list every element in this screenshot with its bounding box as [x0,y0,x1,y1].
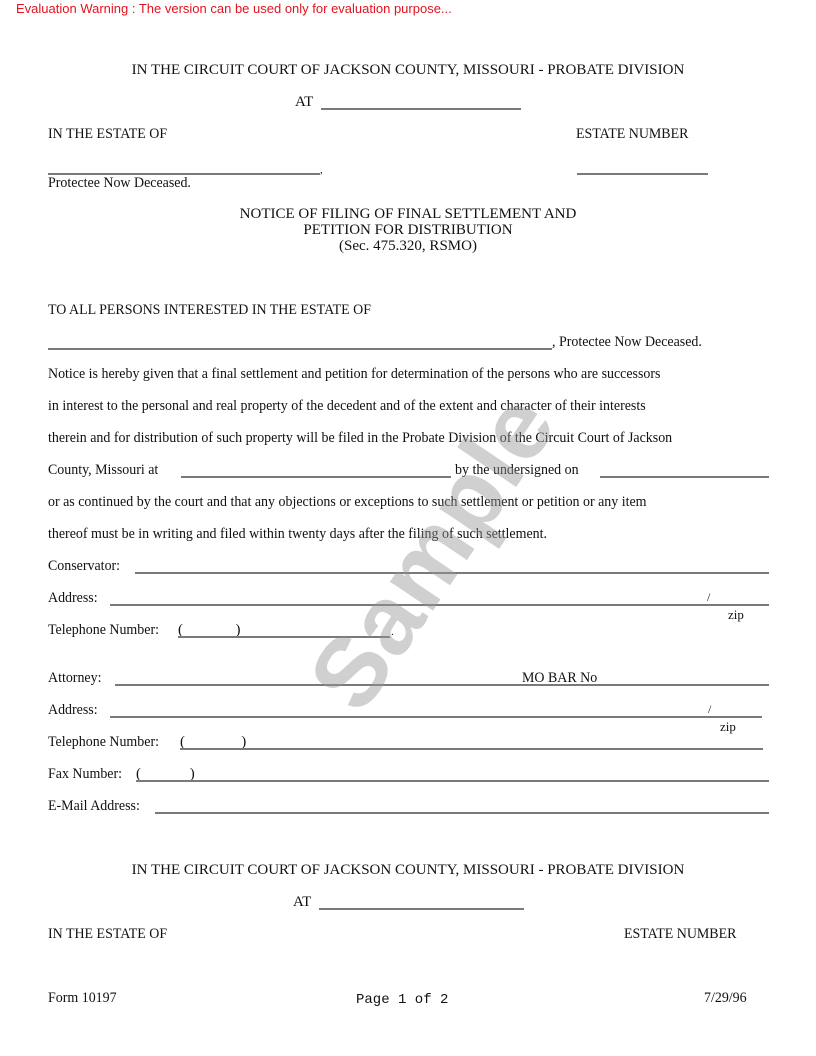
attorney-phone-label: Telephone Number: [48,734,159,751]
notice-title-1: NOTICE OF FILING OF FINAL SETTLEMENT AND [0,206,816,223]
fax-label: Fax Number: [48,766,122,783]
court-heading-repeat: IN THE CIRCUIT COURT OF JACKSON COUNTY, … [0,862,816,879]
at-label-repeat: AT [293,894,311,911]
form-date: 7/29/96 [704,990,747,1007]
attorney-address-field[interactable] [110,716,762,718]
notice-paragraph-line-5: or as continued by the court and that an… [48,494,647,511]
notice-title-3: (Sec. 475.320, RSMO) [0,238,816,255]
email-field[interactable] [155,812,769,814]
attorney-zip-label: zip [720,718,736,735]
attorney-phone-field[interactable] [180,748,763,750]
fax-field[interactable] [136,780,769,782]
notice-paragraph-line-6: thereof must be in writing and filed wit… [48,526,547,543]
evaluation-warning: Evaluation Warning : The version can be … [16,1,452,16]
attorney-slash: / [708,701,711,718]
conservator-address-field[interactable] [110,604,769,606]
notice-paragraph-line-1: Notice is hereby given that a final sett… [48,366,764,383]
estate-number-field[interactable] [577,173,708,175]
filing-date-field[interactable] [600,476,769,478]
page-indicator: Page 1 of 2 [356,992,448,1008]
estate-of-label-repeat: IN THE ESTATE OF [48,926,167,943]
conservator-phone-label: Telephone Number: [48,622,159,639]
estate-number-label-repeat: ESTATE NUMBER [624,926,736,943]
court-heading: IN THE CIRCUIT COURT OF JACKSON COUNTY, … [0,62,816,79]
estate-of-label: IN THE ESTATE OF [48,126,167,143]
conservator-phone-field[interactable] [178,636,390,638]
protectee-suffix: , Protectee Now Deceased. [552,334,702,351]
conservator-period: . [391,624,394,641]
email-label: E-Mail Address: [48,798,140,815]
at-field-repeat[interactable] [319,908,524,910]
protectee-label: Protectee Now Deceased. [48,175,191,192]
at-field[interactable] [321,108,521,110]
notice-paragraph-line-4a: County, Missouri at [48,462,158,479]
comma: , [320,162,323,179]
conservator-slash: / [707,589,710,606]
conservator-field[interactable] [135,572,769,574]
notice-title-2: PETITION FOR DISTRIBUTION [0,222,816,239]
conservator-address-label: Address: [48,590,98,607]
estate-number-label: ESTATE NUMBER [576,126,688,143]
deceased-name-field[interactable] [48,348,552,350]
at-label: AT [295,94,313,111]
conservator-label: Conservator: [48,558,120,575]
notice-paragraph-line-2: in interest to the personal and real pro… [48,398,646,415]
conservator-zip-label: zip [728,606,744,623]
to-all-persons: TO ALL PERSONS INTERESTED IN THE ESTATE … [48,302,371,319]
attorney-field[interactable] [115,684,769,686]
mo-bar-label: MO BAR No [522,670,597,687]
filing-location-field[interactable] [181,476,451,478]
attorney-label: Attorney: [48,670,101,687]
notice-paragraph-line-4b: by the undersigned on [455,462,579,479]
form-number: Form 10197 [48,990,117,1007]
notice-paragraph-line-3: therein and for distribution of such pro… [48,430,672,447]
attorney-address-label: Address: [48,702,98,719]
